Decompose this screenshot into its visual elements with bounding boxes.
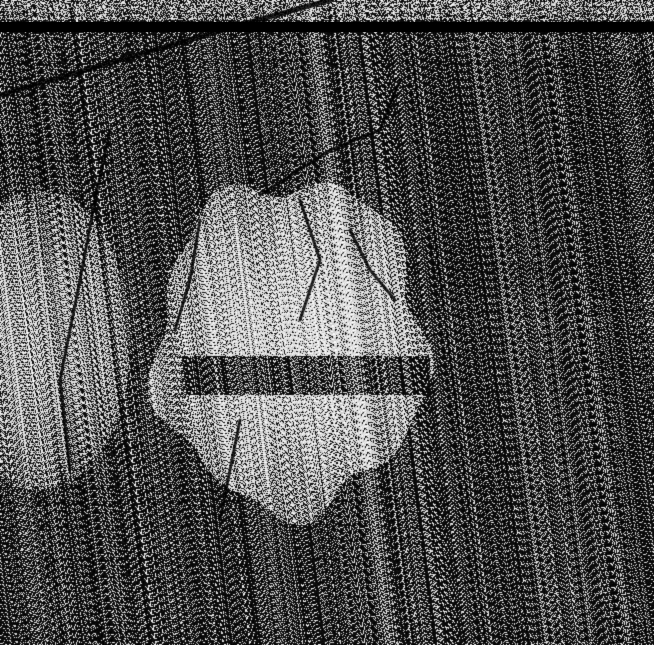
retinal-scan-image bbox=[0, 0, 654, 645]
dark-scan-line bbox=[0, 22, 654, 32]
scan-frame bbox=[0, 0, 654, 645]
